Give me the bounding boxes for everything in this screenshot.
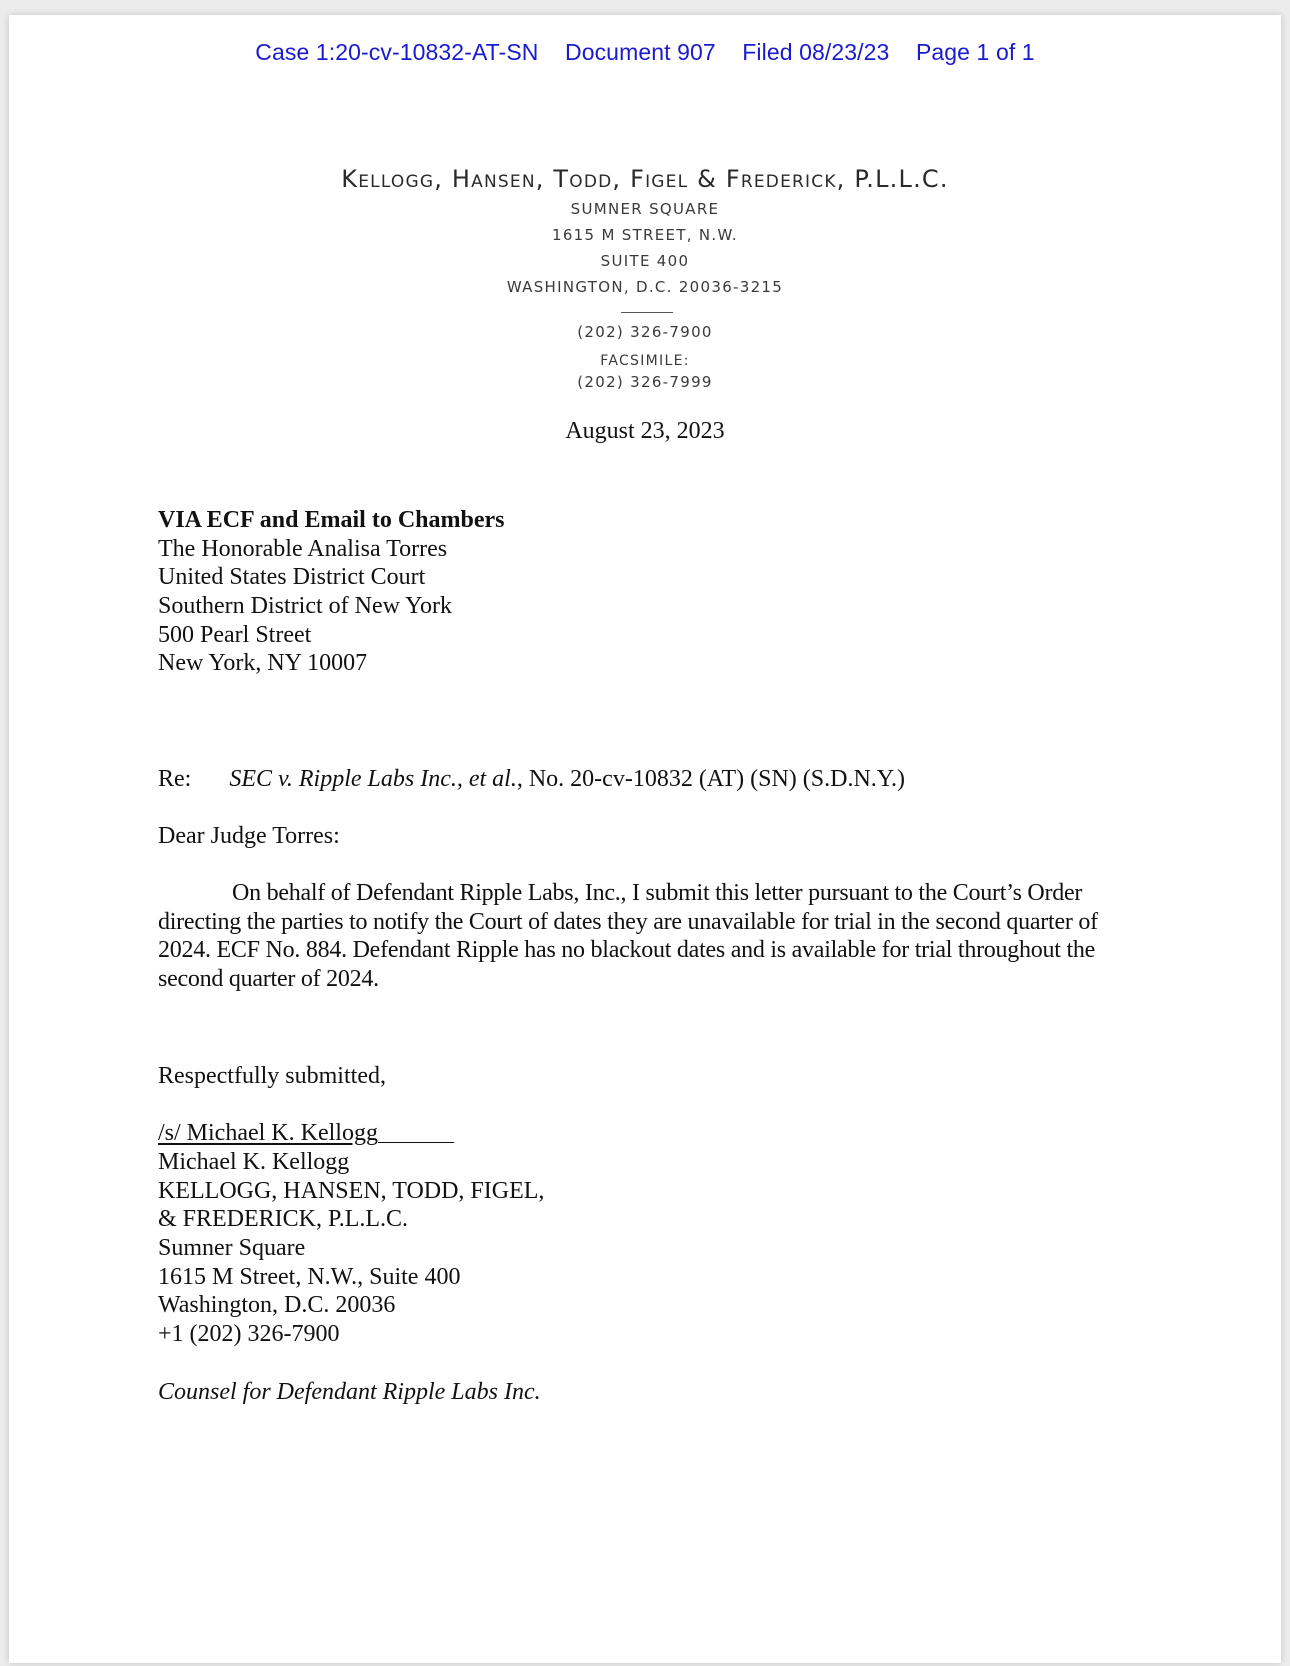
recipient-line: New York, NY 10007 (158, 651, 367, 675)
document-number: Document 907 (565, 39, 716, 65)
body-paragraph: On behalf of Defendant Ripple Labs, Inc.… (158, 879, 1143, 994)
recipient-line: The Honorable Analisa Torres (158, 537, 447, 561)
ecf-filing-header: Case 1:20-cv-10832-AT-SN Document 907 Fi… (9, 41, 1281, 64)
salutation: Dear Judge Torres: (158, 824, 340, 848)
re-line: Re:SEC v. Ripple Labs Inc., et al., No. … (158, 767, 905, 791)
signature-block-line: +1 (202) 326-7900 (158, 1322, 340, 1346)
letter-date: August 23, 2023 (9, 419, 1281, 443)
signature-block-line: & FREDERICK, P.L.L.C. (158, 1207, 408, 1231)
re-case-number: , No. 20-cv-10832 (AT) (SN) (S.D.N.Y.) (517, 766, 905, 792)
signature-block-line: Sumner Square (158, 1236, 305, 1260)
re-label: Re: (158, 766, 191, 792)
recipient-line: Southern District of New York (158, 594, 452, 618)
letterhead-facsimile: (202) 326-7999 (9, 375, 1281, 390)
closing: Respectfully submitted, (158, 1064, 386, 1088)
recipient-line: 500 Pearl Street (158, 623, 311, 647)
counsel-for: Counsel for Defendant Ripple Labs Inc. (158, 1380, 541, 1404)
firm-name: Kellogg, Hansen, Todd, Figel & Frederick… (9, 167, 1281, 191)
re-case-name: SEC v. Ripple Labs Inc., et al. (229, 766, 517, 792)
letterhead-address-line: WASHINGTON, D.C. 20036-3215 (9, 280, 1281, 295)
case-number: Case 1:20-cv-10832-AT-SN (255, 39, 538, 65)
signature-block-line: KELLOGG, HANSEN, TODD, FIGEL, (158, 1179, 544, 1203)
signature-block-line: 1615 M Street, N.W., Suite 400 (158, 1265, 460, 1289)
recipient-line: United States District Court (158, 565, 425, 589)
letterhead-address-line: 1615 M STREET, N.W. (9, 228, 1281, 243)
document-page: Case 1:20-cv-10832-AT-SN Document 907 Fi… (9, 15, 1281, 1663)
letterhead-phone: (202) 326-7900 (9, 325, 1281, 340)
electronic-signature: /s/ Michael K. Kellogg (158, 1120, 378, 1146)
letterhead-divider (621, 312, 673, 313)
signature-underline (378, 1141, 454, 1143)
signature-line: /s/ Michael K. Kellogg (158, 1121, 454, 1145)
letterhead-address-line: SUMNER SQUARE (9, 202, 1281, 217)
page-count: Page 1 of 1 (916, 39, 1035, 65)
delivery-method: VIA ECF and Email to Chambers (158, 508, 504, 532)
letterhead-address-line: SUITE 400 (9, 254, 1281, 269)
signature-block-line: Michael K. Kellogg (158, 1150, 349, 1174)
letterhead-facsimile-label: FACSIMILE: (9, 354, 1281, 368)
filed-date: Filed 08/23/23 (742, 39, 889, 65)
signature-block-line: Washington, D.C. 20036 (158, 1293, 395, 1317)
